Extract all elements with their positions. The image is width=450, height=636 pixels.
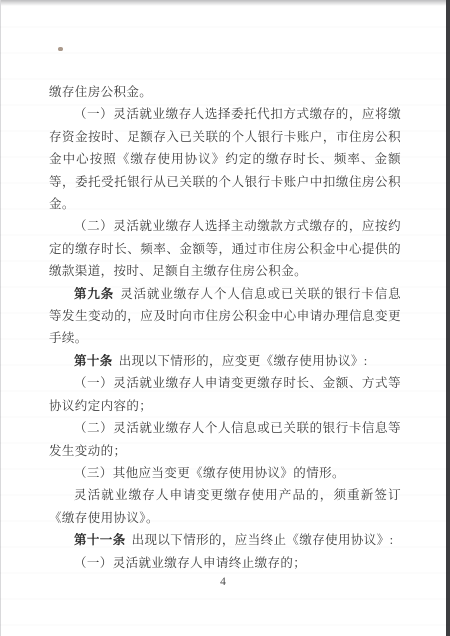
article-10-item-2: （二）灵活就业缴存人个人信息或已关联的银行卡信息等发生变动的； [49, 417, 401, 462]
article-11-number: 第十一条 [74, 533, 126, 547]
scan-top-edge [0, 0, 450, 6]
article-10-item-3: （三）其他应当变更《缴存使用协议》的情形。 [49, 462, 401, 484]
article-10-number: 第十条 [74, 354, 113, 368]
page-number: 4 [0, 576, 446, 588]
line-continuation: 缴存住房公积金。 [49, 81, 401, 103]
paragraph-text: （二）灵活就业缴存人个人信息或已关联的银行卡信息等发生变动的； [49, 421, 401, 457]
paragraph-text: （三）其他应当变更《缴存使用协议》的情形。 [74, 466, 345, 480]
clause-2-self-payment: （二）灵活就业缴存人选择主动缴款方式缴存的，应按约定的缴存时长、频率、金额等，通… [49, 215, 401, 282]
article-10: 第十条出现以下情形的，应变更《缴存使用协议》: [49, 350, 401, 372]
paragraph-text: 缴存住房公积金。 [49, 85, 152, 99]
paragraph-text: （二）灵活就业缴存人选择主动缴款方式缴存的，应按约定的缴存时长、频率、金额等，通… [49, 219, 401, 278]
paragraph-text: 出现以下情形的，应当终止《缴存使用协议》: [132, 533, 394, 547]
scanned-document-page: 缴存住房公积金。 （一）灵活就业缴存人选择委托代扣方式缴存的，应将缴存资金按时、… [0, 0, 450, 636]
document-body: 缴存住房公积金。 （一）灵活就业缴存人选择委托代扣方式缴存的，应将缴存资金按时、… [49, 81, 401, 574]
article-10-supplement: 灵活就业缴存人申请变更缴存使用产品的，须重新签订《缴存使用协议》。 [49, 484, 401, 529]
paragraph-text: （一）灵活就业缴存人申请变更缴存时长、金额、方式等协议约定内容的； [49, 376, 401, 412]
article-11-item-1: （一）灵活就业缴存人申请终止缴存的； [49, 552, 401, 574]
paragraph-text: 出现以下情形的，应变更《缴存使用协议》: [119, 354, 368, 368]
paragraph-text: （一）灵活就业缴存人申请终止缴存的； [74, 556, 306, 570]
scan-right-edge [446, 0, 450, 636]
article-11: 第十一条出现以下情形的，应当终止《缴存使用协议》: [49, 529, 401, 551]
article-9: 第九条灵活就业缴存人个人信息或已关联的银行卡信息等发生变动的，应及时向市住房公积… [49, 283, 401, 350]
clause-1-entrusted-withholding: （一）灵活就业缴存人选择委托代扣方式缴存的，应将缴存资金按时、足额存入已关联的个… [49, 103, 401, 215]
article-9-number: 第九条 [74, 287, 114, 301]
ink-speck [58, 47, 63, 51]
paragraph-text: （一）灵活就业缴存人选择委托代扣方式缴存的，应将缴存资金按时、足额存入已关联的个… [49, 107, 401, 211]
article-10-item-1: （一）灵活就业缴存人申请变更缴存时长、金额、方式等协议约定内容的； [49, 372, 401, 417]
paragraph-text: 灵活就业缴存人申请变更缴存使用产品的，须重新签订《缴存使用协议》。 [49, 488, 401, 524]
scan-left-edge [0, 0, 1, 636]
